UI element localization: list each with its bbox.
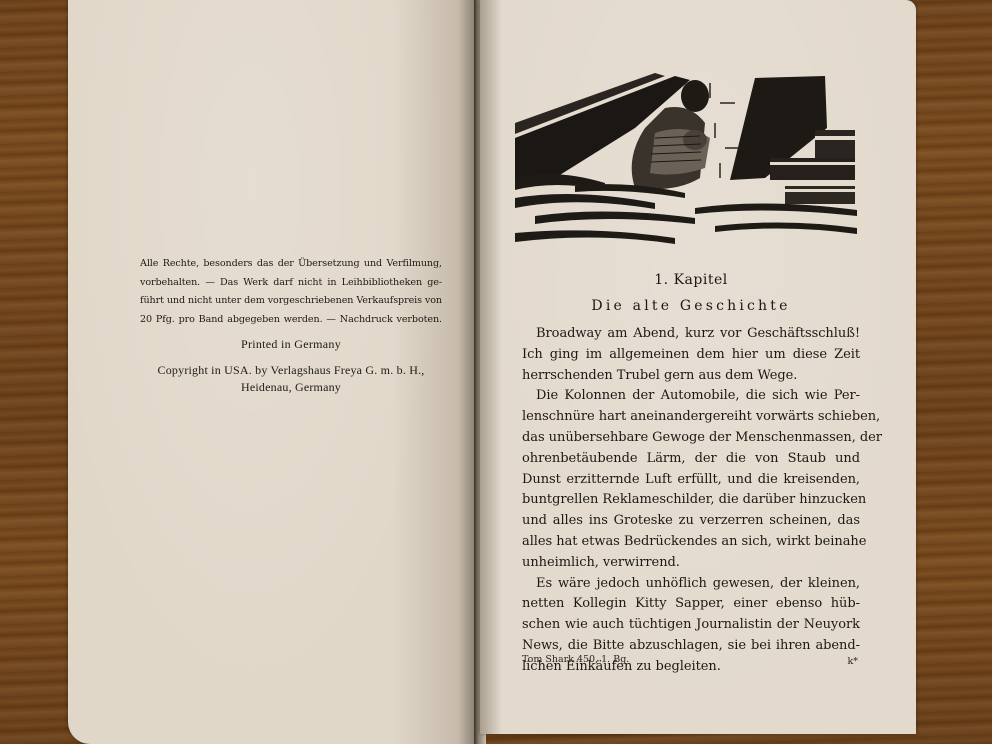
text-line: Die Kolonnen der Automobile, die sich wi…	[522, 386, 860, 407]
chapter-body: Broadway am Abend, kurz vor Geschäftssch…	[522, 324, 860, 678]
rights-line: führt und nicht unter dem vorgeschrieben…	[140, 292, 442, 311]
rights-line: Alle Rechte, besonders das der Übersetzu…	[140, 255, 442, 274]
text-line: und alles ins Groteske zu verzerren sche…	[522, 511, 860, 532]
text-line: Ich ging im allgemeinen dem hier um dies…	[522, 345, 860, 366]
text-line: ohrenbetäubende Lärm, der die von Staub …	[522, 449, 860, 470]
rights-line: 20 Pfg. pro Band abgegeben werden. — Nac…	[140, 311, 442, 330]
imprint-block: Alle Rechte, besonders das der Übersetzu…	[140, 255, 442, 396]
text-line: schen wie auch tüchtigen Journalistin de…	[522, 615, 860, 636]
printed-in-label: Printed in Germany	[140, 337, 442, 352]
rights-line: vorbehalten. — Das Werk darf nicht in Le…	[140, 274, 442, 293]
chapter-title: Die alte Geschichte	[522, 298, 860, 324]
signature-mark: Tom Shark 450, 1. Bg.	[522, 654, 629, 665]
chapter-block: 1. Kapitel Die alte Geschichte Broadway …	[522, 272, 860, 678]
text-line: das unübersehbare Gewoge der Menschenmas…	[522, 428, 860, 449]
text-line: unheimlich, verwirrend.	[522, 553, 860, 574]
text-line: lenschnüre hart aneinandergereiht vorwär…	[522, 407, 860, 428]
wooden-table-right	[907, 0, 992, 744]
sheet-mark: k*	[847, 656, 858, 667]
text-line: buntgrellen Reklameschilder, die darüber…	[522, 490, 860, 511]
copyright-line: Copyright in USA. by Verlagshaus Freya G…	[140, 362, 442, 379]
text-line: Es wäre jedoch unhöflich gewesen, der kl…	[522, 574, 860, 595]
text-line: herrschenden Trubel gern aus dem Wege.	[522, 366, 860, 387]
text-line: netten Kollegin Kitty Sapper, einer eben…	[522, 594, 860, 615]
text-line: Broadway am Abend, kurz vor Geschäftssch…	[522, 324, 860, 345]
rights-notice: Alle Rechte, besonders das der Übersetzu…	[140, 255, 442, 329]
copyright-notice: Copyright in USA. by Verlagshaus Freya G…	[140, 362, 442, 396]
text-line: alles hat etwas Bedrückendes an sich, wi…	[522, 532, 860, 553]
text-line: Dunst erzitternde Luft erfüllt, und die …	[522, 470, 860, 491]
chapter-number: 1. Kapitel	[522, 272, 860, 298]
copyright-line: Heidenau, Germany	[140, 379, 442, 396]
chapter-illustration	[515, 68, 857, 246]
